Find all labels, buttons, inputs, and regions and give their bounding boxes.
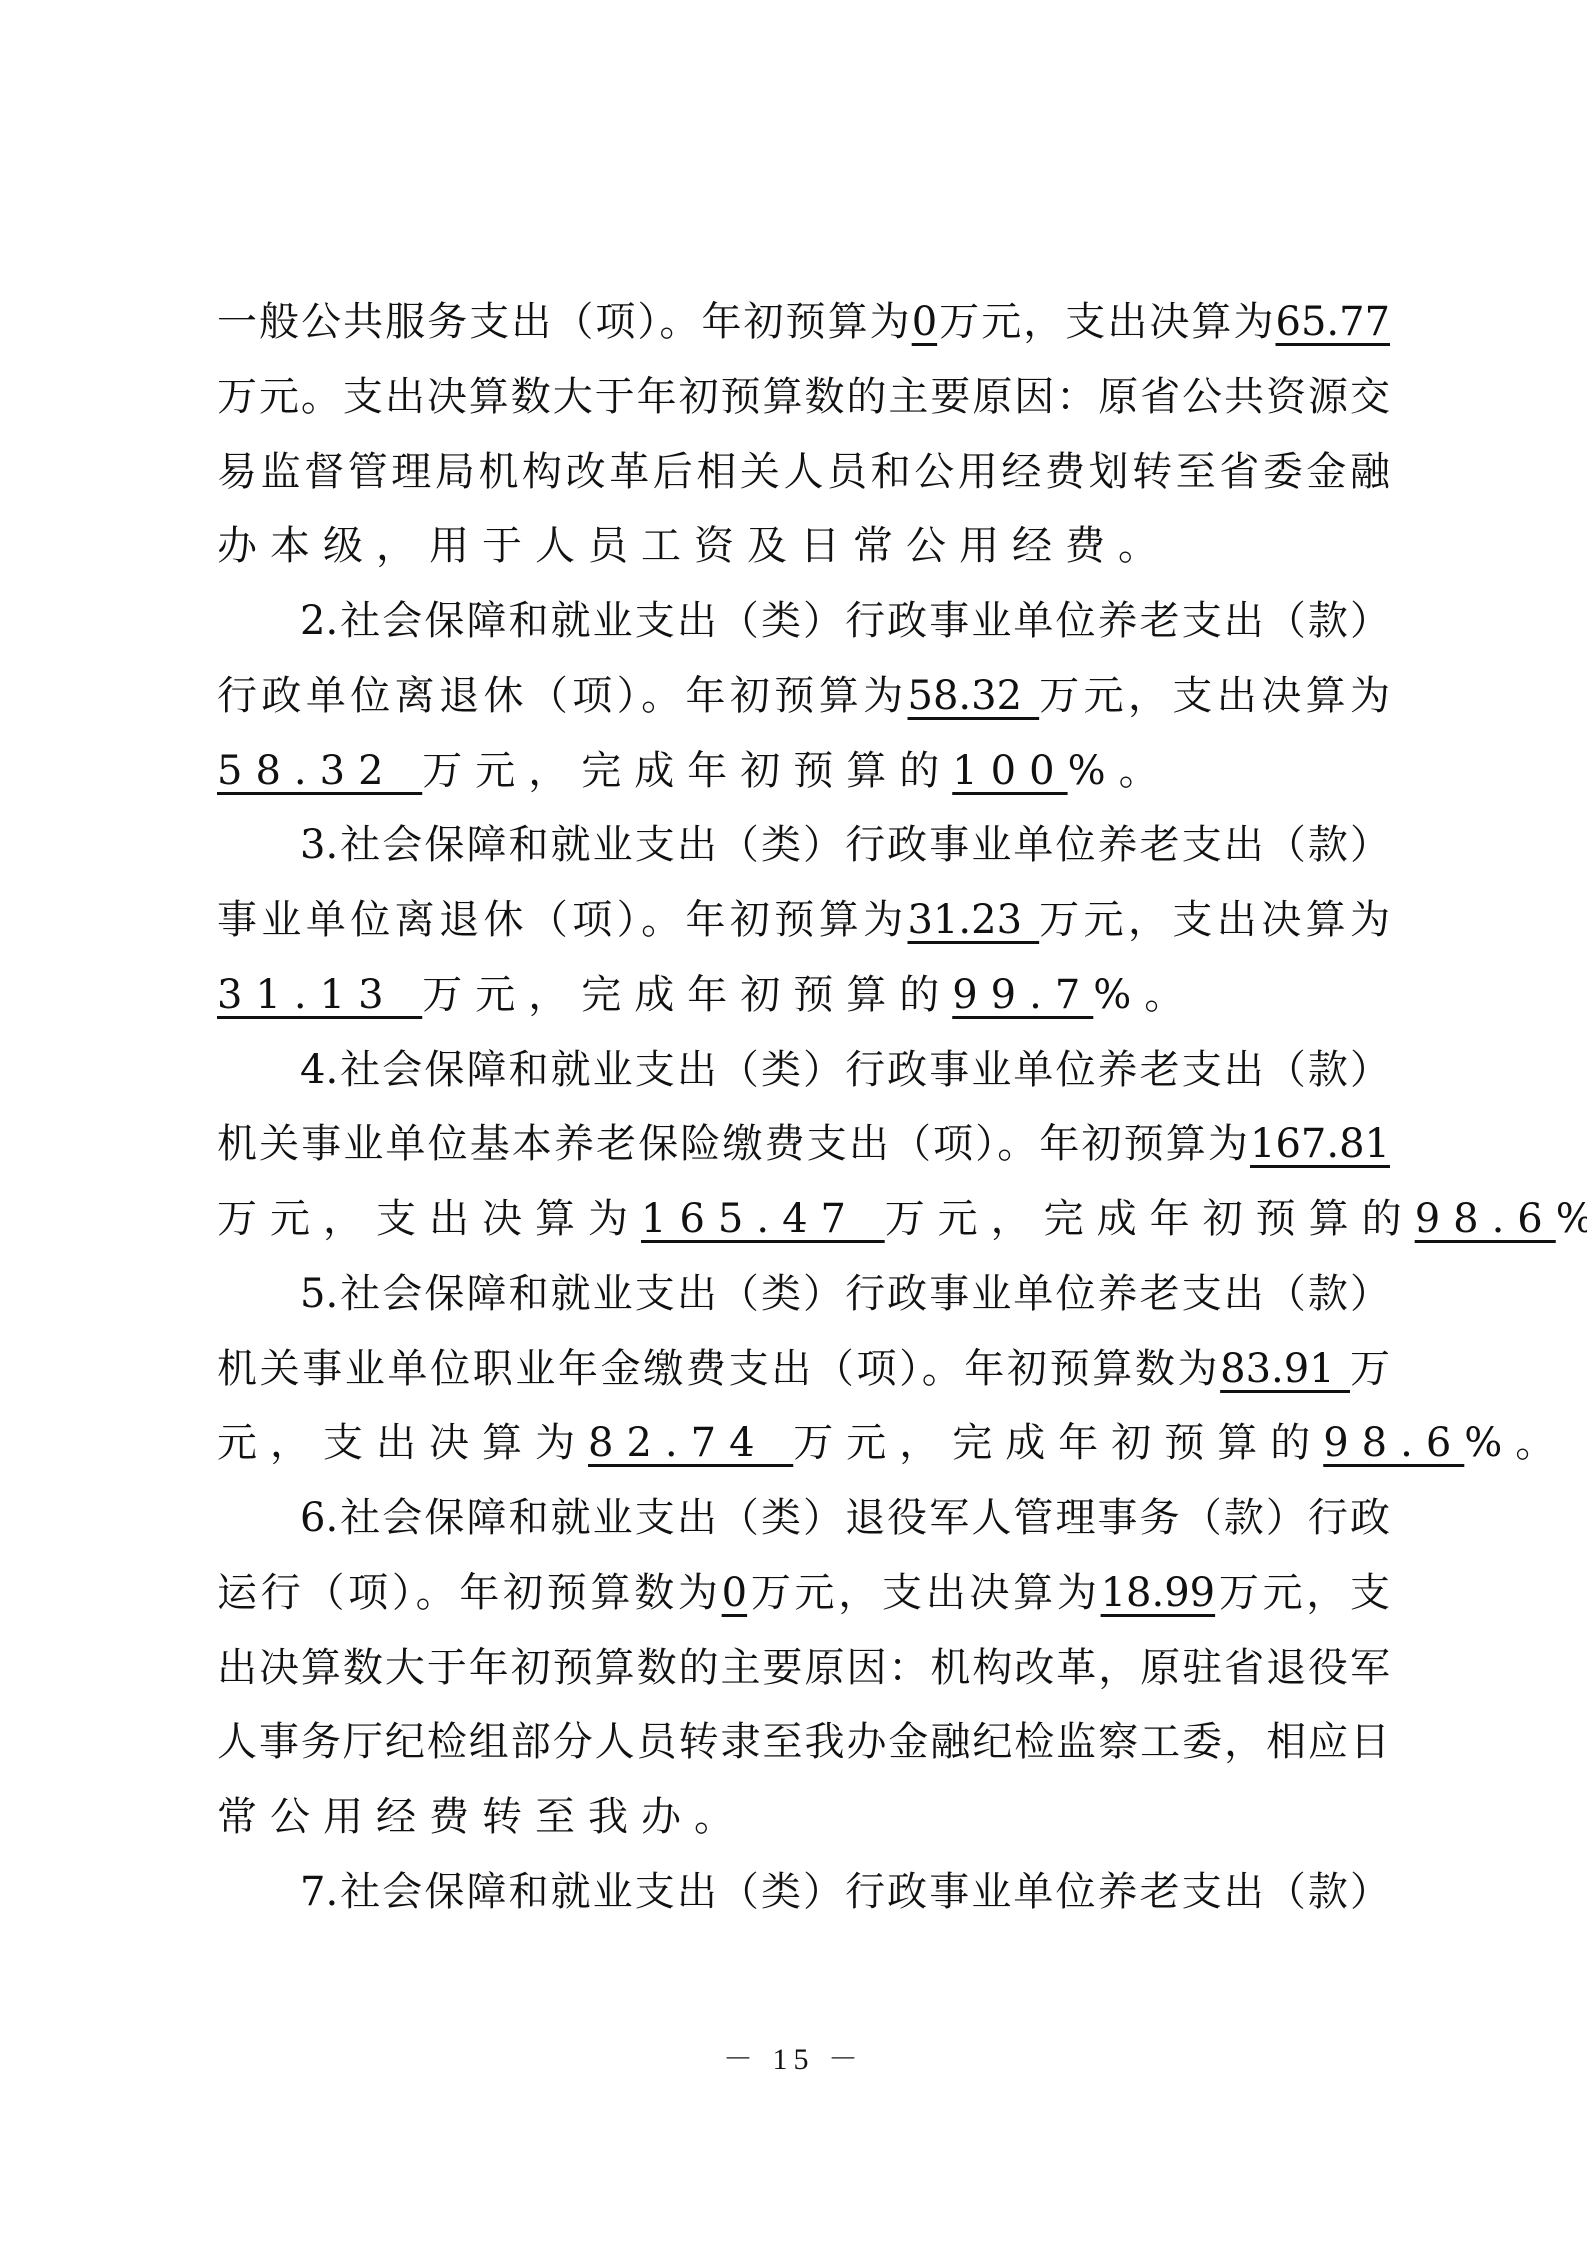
- text-segment: %。: [1464, 1420, 1568, 1466]
- text-segment: 一般公共服务支出（项）。年初预算为: [217, 299, 912, 345]
- underlined-value: 99.7: [952, 972, 1093, 1018]
- text-line: 机关事业单位基本养老保险缴费支出（项）。年初预算为167.81: [217, 1107, 1390, 1182]
- text-line: 机关事业单位职业年金缴费支出（项）。年初预算数为83.91 万: [217, 1332, 1390, 1407]
- text-segment: %。: [1068, 748, 1172, 794]
- text-segment: 3.社会保障和就业支出（类）行政事业单位养老支出（款）: [300, 822, 1390, 868]
- text-segment: 机关事业单位职业年金缴费支出（项）。年初预算数为: [217, 1346, 1220, 1392]
- text-line: 办本级，用于人员工资及日常公用经费。: [217, 509, 1390, 584]
- text-segment: 万元，完成年初预算的: [422, 748, 952, 794]
- text-line: 人事务厅纪检组部分人员转隶至我办金融纪检监察工委，相应日: [217, 1705, 1390, 1780]
- text-segment: 事业单位离退休（项）。年初预算为: [217, 897, 908, 943]
- text-segment: 万元，支出决算为: [1039, 897, 1390, 943]
- text-segment: %。: [1093, 972, 1197, 1018]
- underlined-value: 98.6: [1323, 1420, 1464, 1466]
- underlined-value: 65.77: [1276, 299, 1391, 345]
- text-line: 常公用经费转至我办。: [217, 1780, 1390, 1855]
- paragraph-p3-institution-retirement: 3.社会保障和就业支出（类）行政事业单位养老支出（款）事业单位离退休（项）。年初…: [217, 808, 1390, 1032]
- text-segment: 万元，支出决算为: [1039, 673, 1390, 719]
- paragraph-p4-basic-pension-insurance: 4.社会保障和就业支出（类）行政事业单位养老支出（款）机关事业单位基本养老保险缴…: [217, 1033, 1390, 1257]
- text-segment: 易监督管理局机构改革后相关人员和公用经费划转至省委金融: [217, 449, 1390, 495]
- text-line: 万元。支出决算数大于年初预算数的主要原因：原省公共资源交: [217, 360, 1390, 435]
- text-segment: 5.社会保障和就业支出（类）行政事业单位养老支出（款）: [300, 1271, 1390, 1317]
- text-segment: 万元，完成年初预算的: [422, 972, 952, 1018]
- page-number: － 15 －: [0, 2034, 1587, 2078]
- text-segment: 元，支出决算为: [217, 1420, 588, 1466]
- text-segment: 机关事业单位基本养老保险缴费支出（项）。年初预算为: [217, 1121, 1250, 1167]
- underlined-value: 100: [952, 748, 1067, 794]
- underlined-value: 0: [912, 299, 937, 345]
- paragraph-p7-pension-continued: 7.社会保障和就业支出（类）行政事业单位养老支出（款）: [217, 1855, 1390, 1930]
- text-line: 6.社会保障和就业支出（类）退役军人管理事务（款）行政: [217, 1481, 1390, 1556]
- underlined-value: 167.81: [1250, 1121, 1390, 1167]
- underlined-value: 98.6: [1415, 1196, 1556, 1242]
- document-page: 一般公共服务支出（项）。年初预算为0万元，支出决算为65.77万元。支出决算数大…: [0, 0, 1587, 2245]
- paragraph-p1-general-public-service: 一般公共服务支出（项）。年初预算为0万元，支出决算为65.77万元。支出决算数大…: [217, 285, 1390, 584]
- text-segment: 6.社会保障和就业支出（类）退役军人管理事务（款）行政: [300, 1495, 1390, 1541]
- text-line: 4.社会保障和就业支出（类）行政事业单位养老支出（款）: [217, 1033, 1390, 1108]
- text-segment: 4.社会保障和就业支出（类）行政事业单位养老支出（款）: [300, 1047, 1390, 1093]
- underlined-value: 165.47: [641, 1196, 885, 1242]
- text-segment: 7.社会保障和就业支出（类）行政事业单位养老支出（款）: [300, 1869, 1390, 1915]
- text-segment: 行政单位离退休（项）。年初预算为: [217, 673, 908, 719]
- text-segment: 人事务厅纪检组部分人员转隶至我办金融纪检监察工委，相应日: [217, 1719, 1390, 1765]
- text-line: 易监督管理局机构改革后相关人员和公用经费划转至省委金融: [217, 435, 1390, 510]
- paragraph-p2-admin-retirement: 2.社会保障和就业支出（类）行政事业单位养老支出（款）行政单位离退休（项）。年初…: [217, 584, 1390, 808]
- text-segment: %。: [1556, 1196, 1587, 1242]
- text-line: 31.13 万元，完成年初预算的99.7%。: [217, 958, 1390, 1033]
- text-segment: 万元，支: [1215, 1570, 1390, 1616]
- underlined-value: 58.32: [908, 673, 1040, 719]
- text-segment: 万元，完成年初预算的: [885, 1196, 1415, 1242]
- text-line: 行政单位离退休（项）。年初预算为58.32 万元，支出决算为: [217, 659, 1390, 734]
- text-line: 5.社会保障和就业支出（类）行政事业单位养老支出（款）: [217, 1257, 1390, 1332]
- text-line: 万元，支出决算为165.47 万元，完成年初预算的98.6%。: [217, 1182, 1390, 1257]
- underlined-value: 0: [722, 1570, 747, 1616]
- text-segment: 万元，支出决算为: [937, 299, 1275, 345]
- paragraph-p6-veterans-admin-operation: 6.社会保障和就业支出（类）退役军人管理事务（款）行政运行（项）。年初预算数为0…: [217, 1481, 1390, 1855]
- underlined-value: 82.74: [588, 1420, 793, 1466]
- text-segment: 运行（项）。年初预算数为: [217, 1570, 722, 1616]
- text-line: 3.社会保障和就业支出（类）行政事业单位养老支出（款）: [217, 808, 1390, 883]
- text-segment: 万: [1350, 1346, 1390, 1392]
- underlined-value: 18.99: [1101, 1570, 1216, 1616]
- text-line: 元，支出决算为82.74 万元，完成年初预算的98.6%。: [217, 1406, 1390, 1481]
- text-line: 2.社会保障和就业支出（类）行政事业单位养老支出（款）: [217, 584, 1390, 659]
- underlined-value: 58.32: [217, 748, 422, 794]
- text-segment: 常公用经费转至我办。: [217, 1794, 747, 1840]
- paragraph-p5-occupational-annuity: 5.社会保障和就业支出（类）行政事业单位养老支出（款）机关事业单位职业年金缴费支…: [217, 1257, 1390, 1481]
- text-segment: 万元，完成年初预算的: [793, 1420, 1323, 1466]
- underlined-value: 31.23: [908, 897, 1040, 943]
- text-line: 出决算数大于年初预算数的主要原因：机构改革，原驻省退役军: [217, 1631, 1390, 1706]
- text-line: 运行（项）。年初预算数为0万元，支出决算为18.99万元，支: [217, 1556, 1390, 1631]
- underlined-value: 31.13: [217, 972, 422, 1018]
- body-text: 一般公共服务支出（项）。年初预算为0万元，支出决算为65.77万元。支出决算数大…: [217, 285, 1390, 1930]
- text-segment: 万元。支出决算数大于年初预算数的主要原因：原省公共资源交: [217, 374, 1390, 420]
- text-segment: 万元，支出决算为: [747, 1570, 1101, 1616]
- underlined-value: 83.91: [1220, 1346, 1350, 1392]
- text-segment: 出决算数大于年初预算数的主要原因：机构改革，原驻省退役军: [217, 1645, 1390, 1691]
- text-line: 7.社会保障和就业支出（类）行政事业单位养老支出（款）: [217, 1855, 1390, 1930]
- text-line: 58.32 万元，完成年初预算的100%。: [217, 734, 1390, 809]
- text-segment: 办本级，用于人员工资及日常公用经费。: [217, 523, 1171, 569]
- text-line: 一般公共服务支出（项）。年初预算为0万元，支出决算为65.77: [217, 285, 1390, 360]
- text-segment: 万元，支出决算为: [217, 1196, 641, 1242]
- text-line: 事业单位离退休（项）。年初预算为31.23 万元，支出决算为: [217, 883, 1390, 958]
- text-segment: 2.社会保障和就业支出（类）行政事业单位养老支出（款）: [300, 598, 1390, 644]
